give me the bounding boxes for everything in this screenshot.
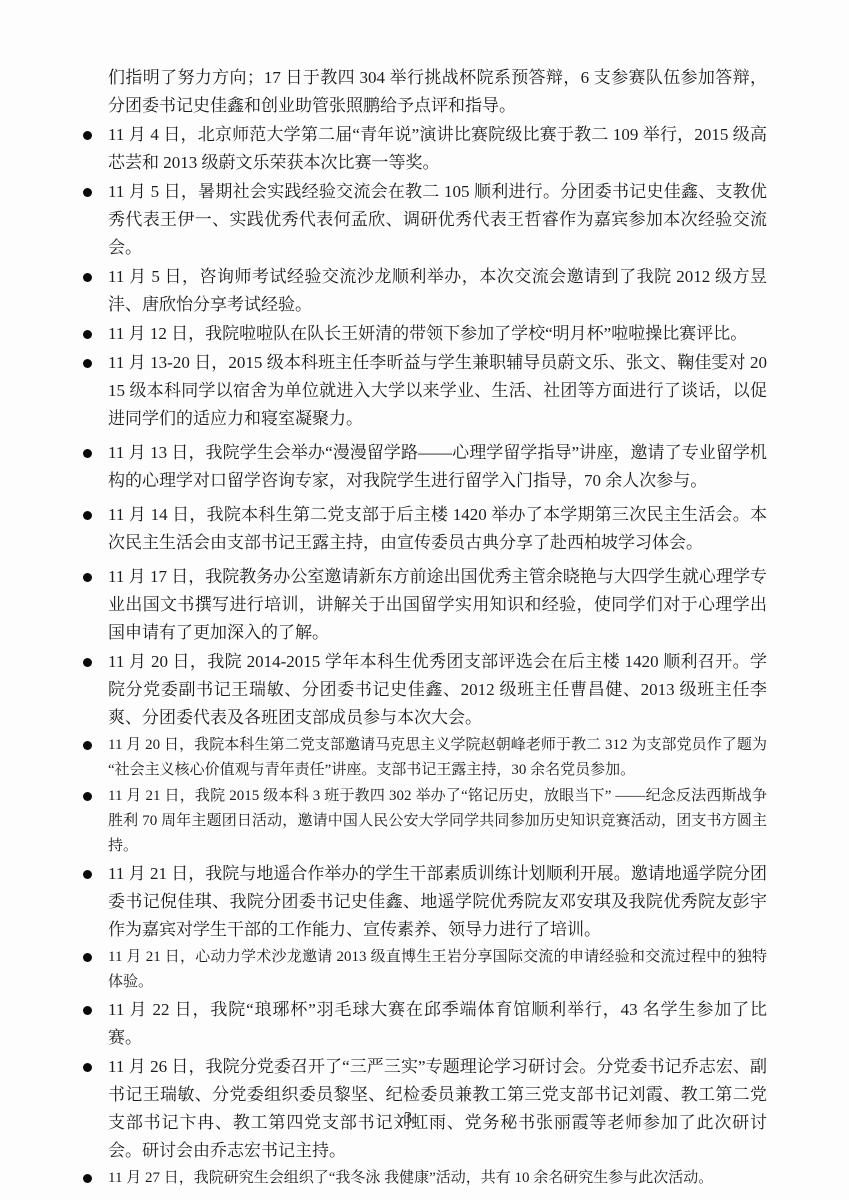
page-number: 3: [108, 1104, 708, 1132]
event-text: 11 月 21 日，我院与地遥合作举办的学生干部素质训练计划顺利开展。邀请地遥学…: [108, 864, 767, 939]
bullet-icon: [83, 273, 92, 282]
event-item: 11 月 5 日，咨询师考试经验交流沙龙顺利举办，本次交流会邀请到了我院 201…: [108, 263, 767, 319]
bullet-icon: [83, 131, 92, 140]
event-item: 11 月 12 日，我院啦啦队在队长王妍清的带领下参加了学校“明月杯”啦啦操比赛…: [108, 320, 767, 348]
event-text: 11 月 5 日，暑期社会实践经验交流会在教二 105 顺利进行。分团委书记史佳…: [108, 182, 767, 257]
event-item: 11 月 20 日，我院 2014-2015 学年本科生优秀团支部评选会在后主楼…: [108, 648, 767, 732]
event-text: 11 月 13-20 日，2015 级本科班主任李昕益与学生兼职辅导员蔚文乐、张…: [108, 353, 767, 428]
event-item: 11 月 22 日，我院“琅琊杯”羽毛球大赛在邱季端体育馆顺利举行，43 名学生…: [108, 996, 767, 1052]
event-item: 11 月 4 日，北京师范大学第二届“青年说”演讲比赛院级比赛于教二 109 举…: [108, 121, 767, 177]
bullet-icon: [83, 359, 92, 368]
event-text: 11 月 13 日，我院学生会举办“漫漫留学路——心理学留学指导”讲座，邀请了专…: [108, 443, 767, 490]
bullet-icon: [83, 1174, 92, 1183]
event-text: 11 月 21 日，我院 2015 级本科 3 班于教四 302 举办了“铭记历…: [108, 788, 767, 854]
event-item: 11 月 27 日，我院研究生会组织了“我冬泳 我健康”活动，共有 10 余名研…: [108, 1166, 767, 1191]
bullet-icon: [83, 188, 92, 197]
bullet-icon: [83, 658, 92, 667]
event-item: 11 月 20 日，我院本科生第二党支部邀请马克思主义学院赵朝峰老师于教二 31…: [108, 733, 767, 783]
bullet-icon: [83, 573, 92, 582]
event-item: 11 月 13-20 日，2015 级本科班主任李昕益与学生兼职辅导员蔚文乐、张…: [108, 349, 767, 433]
event-item: 11 月 14 日，我院本科生第二党支部于后主楼 1420 举办了本学期第三次民…: [108, 501, 767, 557]
event-text: 11 月 14 日，我院本科生第二党支部于后主楼 1420 举办了本学期第三次民…: [108, 505, 767, 552]
event-text: 们指明了努力方向；17 日于教四 304 举行挑战杯院系预答辩，6 支参赛队伍参…: [108, 68, 767, 115]
event-text: 11 月 5 日，咨询师考试经验交流沙龙顺利举办，本次交流会邀请到了我院 201…: [108, 267, 767, 314]
event-item: 们指明了努力方向；17 日于教四 304 举行挑战杯院系预答辩，6 支参赛队伍参…: [108, 64, 767, 120]
events-list: 们指明了努力方向；17 日于教四 304 举行挑战杯院系预答辩，6 支参赛队伍参…: [108, 64, 767, 1192]
bullet-icon: [83, 741, 92, 750]
bullet-icon: [83, 449, 92, 458]
event-item: 11 月 5 日，暑期社会实践经验交流会在教二 105 顺利进行。分团委书记史佳…: [108, 178, 767, 262]
event-text: 11 月 21 日，心动力学术沙龙邀请 2013 级直博生王岩分享国际交流的申请…: [108, 949, 767, 990]
event-item: 11 月 13 日，我院学生会举办“漫漫留学路——心理学留学指导”讲座，邀请了专…: [108, 439, 767, 495]
bullet-icon: [83, 870, 92, 879]
bullet-icon: [83, 511, 92, 520]
event-item: 11 月 21 日，心动力学术沙龙邀请 2013 级直博生王岩分享国际交流的申请…: [108, 945, 767, 995]
event-text: 11 月 22 日，我院“琅琊杯”羽毛球大赛在邱季端体育馆顺利举行，43 名学生…: [108, 1000, 767, 1047]
event-item: 11 月 21 日，我院与地遥合作举办的学生干部素质训练计划顺利开展。邀请地遥学…: [108, 860, 767, 944]
event-item: 11 月 17 日，我院教务办公室邀请新东方前途出国优秀主管余晓艳与大四学生就心…: [108, 563, 767, 647]
bullet-icon: [83, 792, 92, 801]
event-text: 11 月 20 日，我院本科生第二党支部邀请马克思主义学院赵朝峰老师于教二 31…: [108, 737, 767, 778]
event-text: 11 月 27 日，我院研究生会组织了“我冬泳 我健康”活动，共有 10 余名研…: [108, 1170, 713, 1186]
document-page: 们指明了努力方向；17 日于教四 304 举行挑战杯院系预答辩，6 支参赛队伍参…: [0, 0, 849, 1200]
bullet-icon: [83, 1006, 92, 1015]
event-text: 11 月 17 日，我院教务办公室邀请新东方前途出国优秀主管余晓艳与大四学生就心…: [108, 567, 767, 642]
bullet-icon: [83, 953, 92, 962]
bullet-icon: [83, 1063, 92, 1072]
bullet-icon: [83, 330, 92, 339]
event-text: 11 月 20 日，我院 2014-2015 学年本科生优秀团支部评选会在后主楼…: [108, 652, 767, 727]
event-item: 11 月 21 日，我院 2015 级本科 3 班于教四 302 举办了“铭记历…: [108, 784, 767, 859]
event-text: 11 月 4 日，北京师范大学第二届“青年说”演讲比赛院级比赛于教二 109 举…: [108, 125, 767, 172]
event-text: 11 月 12 日，我院啦啦队在队长王妍清的带领下参加了学校“明月杯”啦啦操比赛…: [108, 324, 747, 343]
